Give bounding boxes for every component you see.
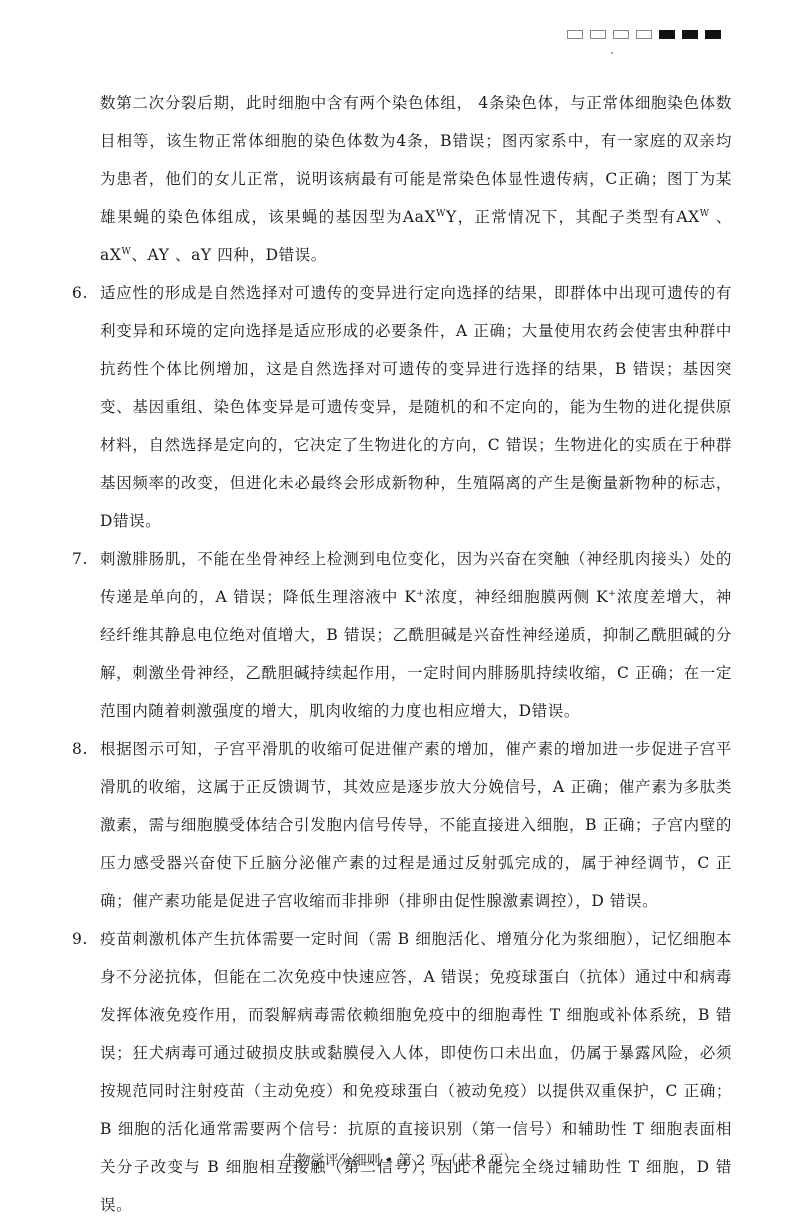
header-box-empty: [590, 30, 606, 39]
item-number: 8.: [72, 730, 100, 920]
header-dot: [611, 52, 613, 54]
superscript: W: [436, 209, 446, 219]
answer-item-6: 6. 适应性的形成是自然选择对可遗传的变异进行定向选择的结果，即群体中出现可遗传…: [72, 274, 732, 540]
header-box-empty: [567, 30, 583, 39]
item-text: 疫苗刺激机体产生抗体需要一定时间（需 B 细胞活化、增殖分化为浆细胞），记忆细胞…: [100, 920, 732, 1216]
text-segment: 浓度，神经细胞膜两侧 K: [425, 588, 609, 606]
header-box-empty: [636, 30, 652, 39]
text-segment: Y，正常情况下，其配子类型有AX: [446, 208, 700, 226]
text-segment: 数第二次分裂后期，此时细胞中含有两个染色体组， 4条染色体，与正常体细胞染色体数…: [100, 94, 732, 226]
item-text: 刺激腓肠肌，不能在坐骨神经上检测到电位变化，因为兴奋在突触（神经肌肉接头）处的传…: [100, 540, 732, 730]
continuation-paragraph: 数第二次分裂后期，此时细胞中含有两个染色体组， 4条染色体，与正常体细胞染色体数…: [72, 84, 732, 274]
header-box-filled: [659, 30, 675, 39]
superscript: W: [121, 247, 131, 257]
text-segment: 浓度差增大，神经纤维其静息电位绝对值增大，B 错误；乙酰胆碱是兴奋性神经递质，抑…: [100, 588, 732, 720]
item-number: 9.: [72, 920, 100, 1216]
answer-item-9: 9. 疫苗刺激机体产生抗体需要一定时间（需 B 细胞活化、增殖分化为浆细胞），记…: [72, 920, 732, 1216]
answer-item-8: 8. 根据图示可知，子宫平滑肌的收缩可促进催产素的增加，催产素的增加进一步促进子…: [72, 730, 732, 920]
header-box-filled: [705, 30, 721, 39]
document-body: 数第二次分裂后期，此时细胞中含有两个染色体组， 4条染色体，与正常体细胞染色体数…: [72, 84, 732, 1216]
item-text: 根据图示可知，子宫平滑肌的收缩可促进催产素的增加，催产素的增加进一步促进子宫平滑…: [100, 730, 732, 920]
answer-item-7: 7. 刺激腓肠肌，不能在坐骨神经上检测到电位变化，因为兴奋在突触（神经肌肉接头）…: [72, 540, 732, 730]
header-box-filled: [682, 30, 698, 39]
superscript: W: [700, 209, 710, 219]
page-header-marks: [567, 30, 721, 39]
item-number: 7.: [72, 540, 100, 730]
item-number: 6.: [72, 274, 100, 540]
page-footer: 生物学评分细则 • 第 2 页（共 8 页）: [0, 1150, 800, 1170]
header-box-empty: [613, 30, 629, 39]
text-segment: 、AY 、aY 四种，D错误。: [131, 246, 327, 264]
superscript: +: [417, 589, 425, 599]
paragraph-text: 数第二次分裂后期，此时细胞中含有两个染色体组， 4条染色体，与正常体细胞染色体数…: [100, 84, 732, 274]
item-text: 适应性的形成是自然选择对可遗传的变异进行定向选择的结果，即群体中出现可遗传的有利…: [100, 274, 732, 540]
